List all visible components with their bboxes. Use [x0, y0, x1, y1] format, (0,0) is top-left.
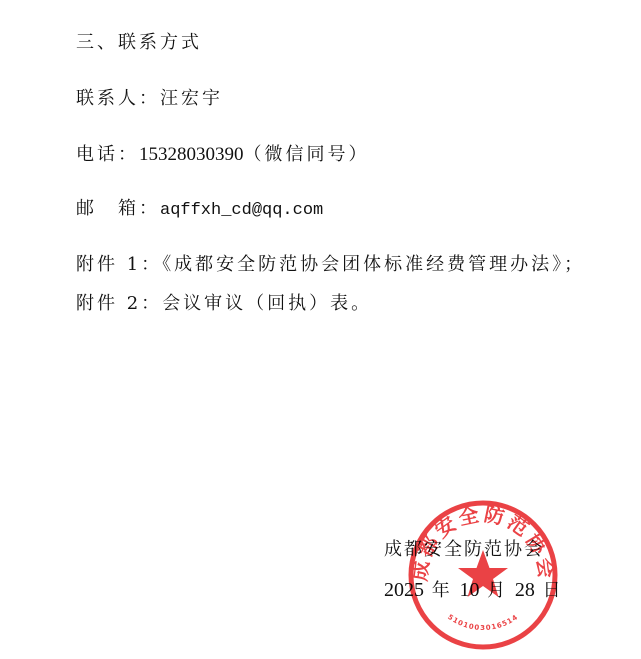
attachment-2-label: 附件 2：: [76, 293, 162, 314]
attachment-1-label: 附件 1：: [76, 254, 162, 275]
heading-text: 三、联系方式: [76, 32, 202, 53]
phone-line: 电话：15328030390（微信同号）: [76, 143, 370, 167]
attachment-1-title: 《成都安全防范协会团体标准经费管理办法》；: [162, 254, 585, 275]
contact-name: 汪宏宇: [160, 88, 223, 109]
phone-label: 电话：: [76, 144, 139, 165]
star-icon: [458, 550, 508, 597]
contact-person-line: 联系人：汪宏宇: [76, 87, 223, 111]
email-line: 邮 箱：aqffxh_cd@qq.com: [76, 197, 323, 223]
seal-code-text: 5101003016514: [446, 613, 520, 632]
attachment-2-title: 会议审议（回执）表。: [162, 293, 372, 314]
attachment-2-line: 附件 2：会议审议（回执）表。: [76, 292, 372, 316]
phone-number: 15328030390: [139, 144, 244, 165]
section-heading: 三、联系方式: [76, 31, 202, 55]
contact-label: 联系人：: [76, 88, 160, 109]
email-address: aqffxh_cd@qq.com: [160, 201, 323, 220]
attachment-1-line: 附件 1：《成都安全防范协会团体标准经费管理办法》；: [76, 253, 585, 277]
official-seal-stamp: 成都安全防范协会 5101003016514: [406, 498, 560, 652]
email-label: 邮 箱：: [76, 198, 160, 219]
phone-note: （微信同号）: [244, 144, 370, 165]
